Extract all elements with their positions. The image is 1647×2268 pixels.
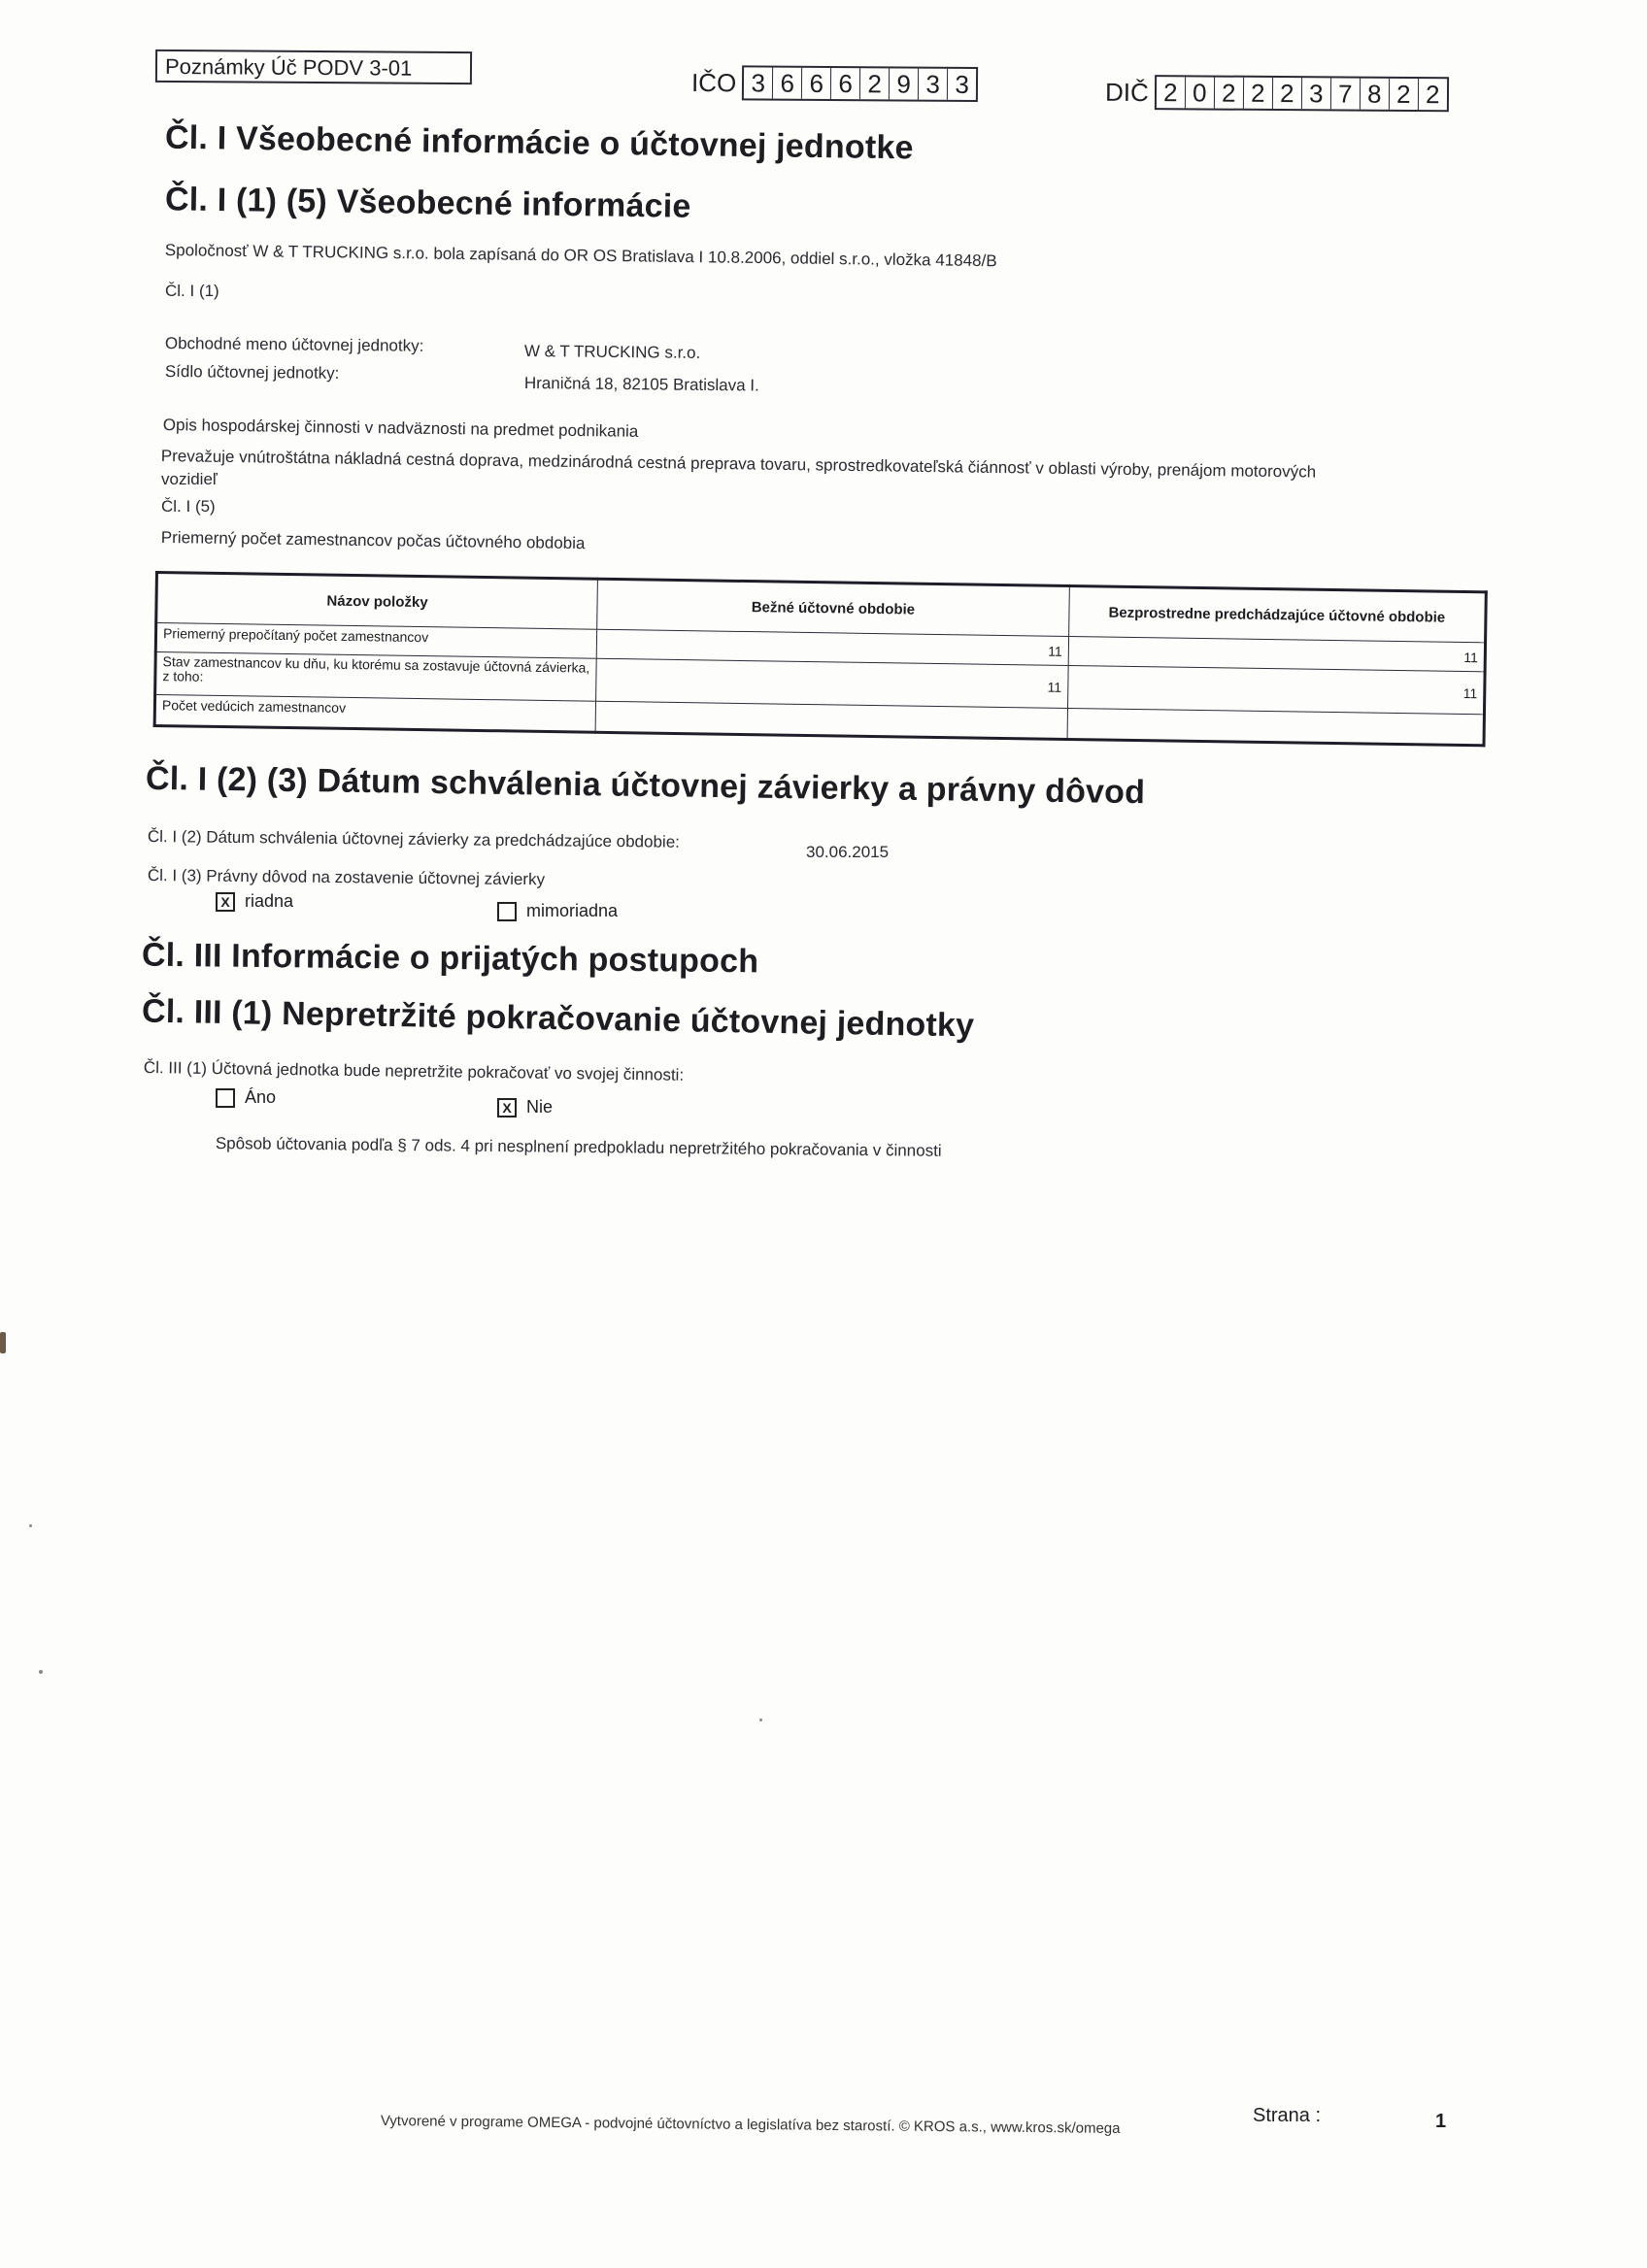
header-current-period: Bežné účtovné obdobie — [597, 579, 1070, 636]
accounting-method-note: Spôsob účtovania podľa § 7 ods. 4 pri ne… — [216, 1134, 942, 1161]
row-name: Počet vedúcich zamestnancov — [154, 695, 595, 733]
company-name-label: Obchodné meno účtovnej jednotky: — [165, 334, 424, 356]
dic-digit: 2 — [1273, 78, 1302, 109]
scan-artifact — [759, 1718, 762, 1721]
ref-cl-1-1: Čl. I (1) — [165, 282, 219, 301]
dic-label: DIČ — [1105, 77, 1149, 107]
section-1-title: Čl. I Všeobecné informácie o účtovnej je… — [165, 119, 914, 168]
dic-digit: 2 — [1419, 79, 1447, 110]
ref-cl-1-5: Čl. I (5) — [161, 497, 216, 517]
document-code: Poznámky Úč PODV 3-01 — [165, 54, 412, 81]
activity-text-line-2: vozidieľ — [161, 470, 218, 489]
scan-artifact — [0, 1332, 6, 1353]
ico-digit: 3 — [744, 67, 773, 98]
ico-field: IČO 3 6 6 6 2 9 3 3 — [691, 65, 978, 102]
dic-digit: 3 — [1302, 78, 1331, 109]
header-previous-period: Bezprostredne predchádzajúce účtovné obd… — [1068, 585, 1486, 642]
ico-label: IČO — [691, 67, 736, 97]
option-regular[interactable]: X riadna — [216, 891, 293, 912]
page-number: 1 — [1435, 2111, 1446, 2133]
ico-digit: 6 — [831, 68, 860, 99]
registration-text: Spoločnosť W & T TRUCKING s.r.o. bola za… — [165, 241, 997, 271]
extraordinary-checkbox[interactable] — [497, 902, 517, 921]
ico-digits: 3 6 6 6 2 9 3 3 — [742, 65, 978, 102]
ico-digit: 3 — [948, 69, 976, 100]
yes-label: Áno — [245, 1087, 276, 1108]
dic-digit: 2 — [1157, 77, 1186, 108]
footer-credit: Vytvorené v programe OMEGA - podvojné úč… — [381, 2113, 1121, 2137]
document-code-box: Poznámky Úč PODV 3-01 — [155, 50, 472, 84]
employee-count-table: Názov položky Bežné účtovné obdobie Bezp… — [153, 571, 1488, 747]
company-seat-value: Hraničná 18, 82105 Bratislava I. — [524, 374, 759, 396]
header-item-name: Názov položky — [156, 573, 598, 630]
ico-digit: 9 — [890, 68, 919, 99]
row-current: 11 — [596, 658, 1068, 708]
dic-digit: 2 — [1244, 78, 1273, 109]
activity-label: Opis hospodárskej činnosti v nadväznosti… — [163, 416, 639, 442]
approval-date-value: 30.06.2015 — [806, 843, 889, 862]
section-3-subtitle: Čl. III (1) Nepretržité pokračovanie účt… — [142, 993, 975, 1046]
dic-digit: 8 — [1361, 79, 1390, 110]
approval-date-label: Čl. I (2) Dátum schválenia účtovnej závi… — [148, 827, 680, 852]
dic-digit: 2 — [1215, 78, 1244, 109]
row-name: Stav zamestnancov ku dňu, ku ktorému sa … — [155, 652, 597, 702]
section-3-title: Čl. III Informácie o prijatých postupoch — [142, 937, 759, 982]
activity-text-line-1: Prevažuje vnútroštátna nákladná cestná d… — [161, 447, 1317, 483]
dic-digit: 7 — [1331, 78, 1361, 109]
dic-field: DIČ 2 0 2 2 2 3 7 8 2 2 — [1105, 75, 1449, 112]
option-yes[interactable]: Áno — [216, 1087, 276, 1108]
yes-checkbox[interactable] — [216, 1088, 235, 1108]
ico-digit: 2 — [860, 68, 890, 99]
row-current — [595, 701, 1067, 739]
scan-artifact — [29, 1524, 32, 1527]
no-checkbox[interactable]: X — [497, 1098, 517, 1117]
section-1-subtitle: Čl. I (1) (5) Všeobecné informácie — [165, 181, 691, 226]
continuity-question: Čl. III (1) Účtovná jednotka bude nepret… — [144, 1058, 685, 1085]
option-extraordinary[interactable]: mimoriadna — [497, 901, 618, 921]
dic-digit: 2 — [1390, 79, 1419, 110]
regular-label: riadna — [245, 891, 293, 912]
extraordinary-label: mimoriadna — [526, 901, 618, 921]
row-previous: 11 — [1067, 665, 1485, 714]
section-2-title: Čl. I (2) (3) Dátum schválenia účtovnej … — [146, 760, 1146, 812]
employees-label: Priemerný počet zamestnancov počas účtov… — [161, 528, 586, 553]
ico-digit: 6 — [802, 68, 831, 99]
row-previous — [1067, 708, 1485, 745]
page-label: Strana : — [1253, 2105, 1321, 2127]
dic-digit: 0 — [1186, 77, 1215, 108]
option-no[interactable]: X Nie — [497, 1097, 553, 1117]
company-name-value: W & T TRUCKING s.r.o. — [524, 342, 701, 363]
scanned-page: Poznámky Úč PODV 3-01 IČO 3 6 6 6 2 9 3 … — [0, 0, 1647, 2268]
dic-digits: 2 0 2 2 2 3 7 8 2 2 — [1155, 75, 1449, 112]
no-label: Nie — [526, 1097, 553, 1117]
regular-checkbox[interactable]: X — [216, 892, 235, 912]
company-seat-label: Sídlo účtovnej jednotky: — [165, 362, 340, 384]
legal-reason-label: Čl. I (3) Právny dôvod na zostavenie účt… — [148, 866, 545, 889]
ico-digit: 3 — [919, 69, 948, 100]
ico-digit: 6 — [773, 68, 802, 99]
scan-artifact — [39, 1670, 43, 1674]
